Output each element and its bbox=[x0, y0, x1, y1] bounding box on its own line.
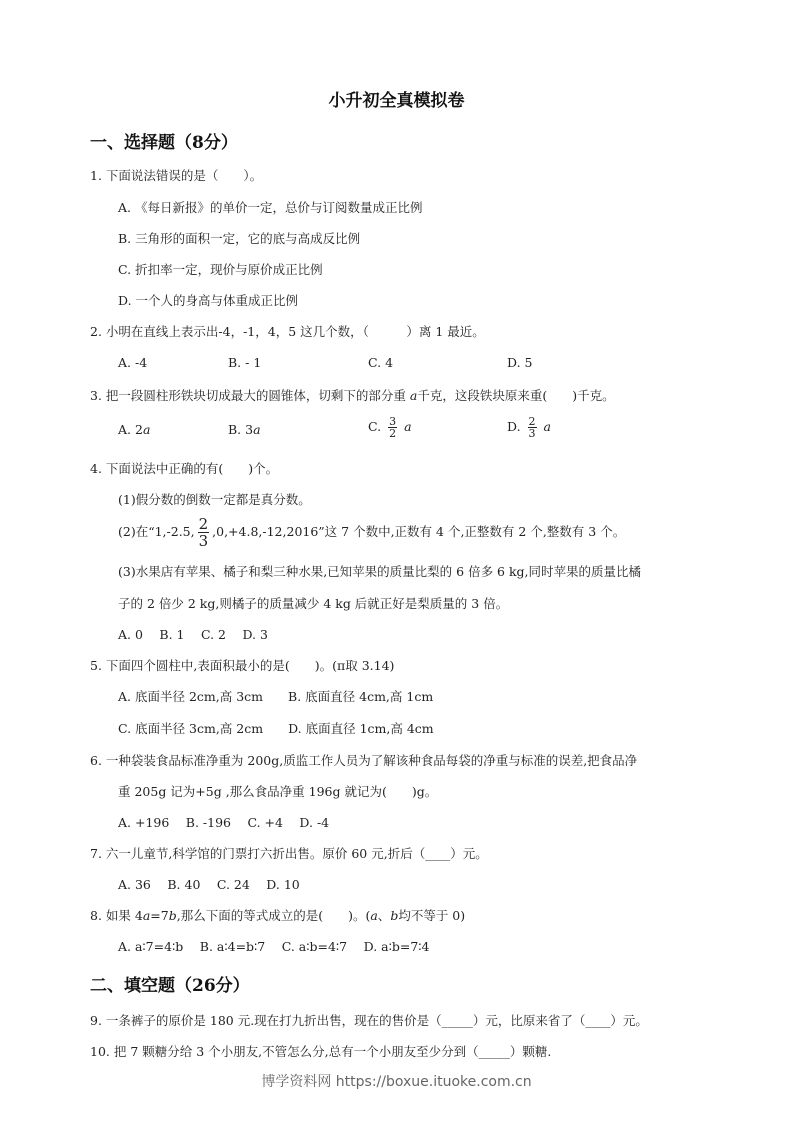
numerator: 2 bbox=[198, 516, 210, 533]
question-4-statement-1: (1)假分数的倒数一定都是真分数。 bbox=[118, 490, 311, 508]
question-7-stem: 7. 六一儿童节,科学馆的门票打六折出售。原价 60 元,折后（____）元。 bbox=[90, 844, 488, 862]
option-label: A. bbox=[118, 422, 135, 437]
question-1-stem: 1. 下面说法错误的是（ ）。 bbox=[90, 166, 262, 184]
question-2-option-b: B. - 1 bbox=[228, 355, 261, 370]
stem-mid: ,那么下面的等式成立的是( )。( bbox=[177, 908, 371, 923]
question-5-options-row-1: A. 底面半径 2cm,高 3cm B. 底面直径 4cm,高 1cm bbox=[118, 687, 433, 705]
exam-page: 小升初全真模拟卷 一、选择题（8分） 1. 下面说法错误的是（ ）。 A. 《每… bbox=[0, 0, 793, 1122]
question-3-option-c: C. 32 a bbox=[368, 416, 412, 439]
footer-watermark: 博学资料网 https://boxue.ituoke.com.cn bbox=[0, 1071, 793, 1091]
question-4-statement-2: (2)在“1,-2.5,23,0,+4.8,-12,2016”这 7 个数中,正… bbox=[118, 516, 625, 549]
fraction: 23 bbox=[198, 516, 210, 549]
coefficient: 3 bbox=[245, 422, 253, 437]
question-1-option-d: D. 一个人的身高与体重成正比例 bbox=[118, 291, 298, 309]
option-label: C. bbox=[368, 419, 385, 434]
question-6-stem-line-2: 重 205g 记为+5g ,那么食品净重 196g 就记为( )g。 bbox=[118, 782, 437, 800]
stem-post: 均不等于 0) bbox=[398, 908, 465, 923]
fraction: 23 bbox=[528, 416, 537, 439]
question-1-option-b: B. 三角形的面积一定，它的底与高成反比例 bbox=[118, 229, 360, 247]
option-label: D. bbox=[507, 419, 525, 434]
question-2-option-c: C. 4 bbox=[368, 355, 393, 370]
option-label: B. bbox=[228, 422, 245, 437]
equals: =7 bbox=[150, 908, 168, 923]
question-2-option-a: A. -4 bbox=[118, 355, 147, 370]
stem-pre: 8. 如果 4 bbox=[90, 908, 143, 923]
variable-b: b bbox=[169, 908, 177, 923]
question-3-option-b: B. 3a bbox=[228, 422, 261, 437]
variable-a: a bbox=[253, 422, 260, 437]
question-4-statement-3-line-1: (3)水果店有苹果、橘子和梨三种水果,已知苹果的质量比梨的 6 倍多 6 kg,… bbox=[118, 562, 641, 580]
question-6-options: A. +196 B. -196 C. +4 D. -4 bbox=[118, 813, 329, 831]
question-4-statement-3-line-2: 子的 2 倍少 2 kg,则橘子的质量减少 4 kg 后就正好是梨质量的 3 倍… bbox=[118, 594, 508, 612]
fraction: 32 bbox=[388, 416, 397, 439]
separator: 、 bbox=[378, 908, 391, 923]
question-7-options: A. 36 B. 40 C. 24 D. 10 bbox=[118, 875, 300, 893]
question-4-options: A. 0 B. 1 C. 2 D. 3 bbox=[118, 625, 268, 643]
question-3-option-a: A. 2a bbox=[118, 422, 150, 437]
question-9-stem: 9. 一条裤子的原价是 180 元.现在打九折出售，现在的售价是（_____）元… bbox=[90, 1011, 648, 1029]
variable-a: a bbox=[370, 908, 377, 923]
question-2-stem: 2. 小明在直线上表示出-4，-1，4，5 这几个数，（ ）离 1 最近。 bbox=[90, 322, 485, 340]
question-5-stem: 5. 下面四个圆柱中,表面积最小的是( )。(π取 3.14) bbox=[90, 656, 394, 674]
question-3-stem-pre: 3. 把一段圆柱形铁块切成最大的圆锥体，切剩下的部分重 bbox=[90, 388, 410, 403]
section-heading-choice: 一、选择题（8分） bbox=[90, 128, 238, 153]
question-3-option-d: D. 23 a bbox=[507, 416, 551, 439]
variable-a: a bbox=[404, 419, 411, 434]
denominator: 3 bbox=[199, 533, 209, 549]
coefficient: 2 bbox=[135, 422, 143, 437]
question-8-options: A. a∶7=4∶b B. a∶4=b∶7 C. a∶b=4∶7 D. a∶b=… bbox=[118, 937, 429, 955]
question-10-stem: 10. 把 7 颗糖分给 3 个小朋友,不管怎么分,总有一个小朋友至少分到（__… bbox=[90, 1042, 551, 1060]
variable-a: a bbox=[143, 422, 150, 437]
question-8-stem: 8. 如果 4a=7b,那么下面的等式成立的是( )。(a、b均不等于 0) bbox=[90, 906, 465, 924]
question-3-stem-post: 千克，这段铁块原来重( )千克。 bbox=[417, 388, 614, 403]
statement-2-post: ,0,+4.8,-12,2016”这 7 个数中,正数有 4 个,正整数有 2 … bbox=[212, 524, 625, 539]
question-4-stem: 4. 下面说法中正确的有( )个。 bbox=[90, 459, 278, 477]
question-5-options-row-2: C. 底面半径 3cm,高 2cm D. 底面直径 1cm,高 4cm bbox=[118, 719, 434, 737]
question-3-stem: 3. 把一段圆柱形铁块切成最大的圆锥体，切剩下的部分重 a千克，这段铁块原来重(… bbox=[90, 386, 615, 404]
statement-2-pre: (2)在“1,-2.5, bbox=[118, 524, 195, 539]
question-6-stem-line-1: 6. 一种袋装食品标准净重为 200g,质监工作人员为了解该种食品每袋的净重与标… bbox=[90, 751, 637, 769]
page-title: 小升初全真模拟卷 bbox=[0, 86, 793, 111]
section-heading-fill-in: 二、填空题（26分） bbox=[90, 971, 250, 996]
question-1-option-a: A. 《每日新报》的单价一定，总价与订阅数量成正比例 bbox=[118, 198, 422, 216]
question-2-option-d: D. 5 bbox=[507, 355, 532, 370]
variable-a: a bbox=[544, 419, 551, 434]
question-1-option-c: C. 折扣率一定，现价与原价成正比例 bbox=[118, 260, 323, 278]
denominator: 3 bbox=[529, 428, 536, 439]
denominator: 2 bbox=[389, 428, 396, 439]
